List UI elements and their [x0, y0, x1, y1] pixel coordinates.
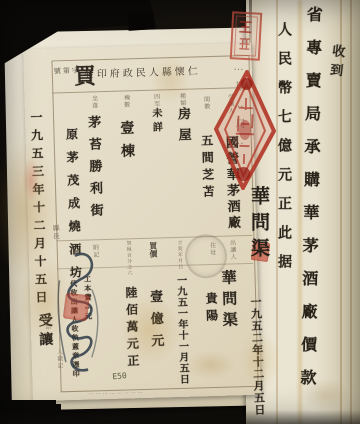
official-diamond-seal [212, 69, 278, 191]
field-value-deal-date: 一九五一年十一月五日 [174, 275, 187, 385]
field-value-address: 貴陽 [205, 292, 218, 326]
field-header-tax: 契稅百分之六 [126, 240, 132, 276]
bottom-shadow [0, 410, 360, 424]
receipt-signature: 華問渠 [249, 186, 268, 264]
field-value-tax: 陸佰萬元正 [125, 286, 139, 371]
inventory-mark: E50 [112, 371, 127, 381]
field-header-type: 種類 [178, 93, 184, 107]
transferee-chop-label: 受讓 [37, 313, 52, 351]
field-header-count: 棟數 [122, 94, 128, 108]
field-value-count: 壹棟 [119, 120, 134, 166]
field-value-type: 房屋 [176, 107, 190, 149]
received-label: 收到 [327, 43, 344, 82]
field-value-seller: 華問渠 [220, 269, 237, 332]
field-header-bounds: 四至 [152, 93, 158, 107]
field-header-location: 坐落 [90, 95, 96, 109]
revenue-stamp-glyphs [235, 18, 255, 53]
document-photo: 仁懷縣人民政府印發 買 字第號 受讓人 國營華茅酒廠 間數 五間芝苫 種類 房屋… [0, 0, 360, 424]
backdrop-notch [127, 11, 154, 31]
deed-serial-label: 字第號 [54, 66, 81, 77]
magistrate-seal [63, 292, 90, 321]
field-value-price: 壹億元 [148, 289, 163, 355]
field-header-seller: 出讓人 [229, 239, 236, 260]
field-header-price: 買價 [149, 242, 157, 258]
field-header-deal-date: 立契年月日 [177, 240, 183, 270]
field-value-location: 茅苔勝利街 [86, 115, 102, 225]
field-value-bounds: 未詳 [150, 107, 161, 135]
receipt-body-line2: 人民幣七億元正此据 [277, 22, 291, 283]
field-header-rooms: 間數 [203, 96, 209, 110]
transferee-chop-suffix: 人戳記 [55, 348, 62, 369]
field-header-address: 住址 [209, 242, 215, 256]
fine-print-row: ⋯⋯⋯⋯⋯⋯⋯⋯ [89, 390, 145, 398]
revenue-stamp [230, 11, 262, 61]
magistrate-label: 縣長 [52, 224, 59, 240]
